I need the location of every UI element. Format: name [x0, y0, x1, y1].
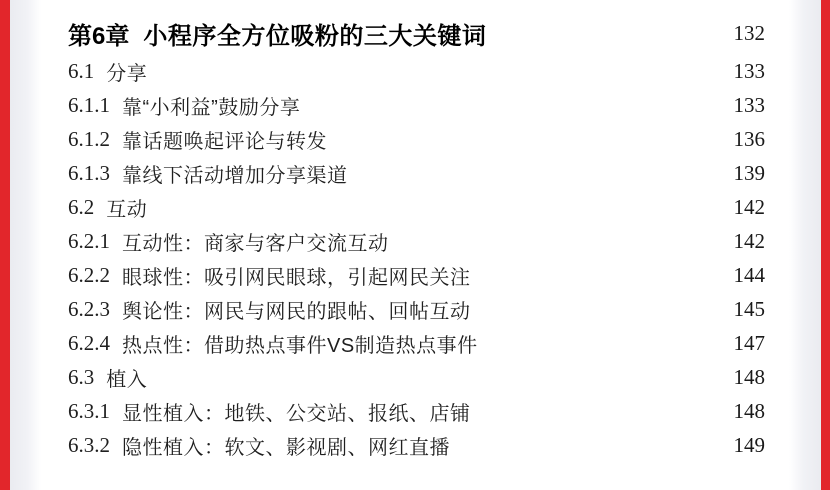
entry-page-number: 148: [734, 365, 766, 390]
entry-number: 6.1.3: [68, 161, 110, 186]
toc-entry: 6.2 互动 142: [68, 190, 765, 224]
toc-entry: 6.2.3 舆论性：网民与网民的跟帖、回帖互动 145: [68, 292, 765, 326]
entry-number: 6.2.2: [68, 263, 110, 288]
entry-number: 6.1.1: [68, 93, 110, 118]
entry-title: 热点性：借助热点事件VS制造热点事件: [122, 329, 478, 358]
entry-page-number: 142: [734, 195, 766, 220]
toc-entry: 6.3.1 显性植入：地铁、公交站、报纸、店铺 148: [68, 394, 765, 428]
entry-page-number: 144: [734, 263, 766, 288]
entry-page-number: 149: [734, 433, 766, 458]
entry-title: 靠话题唤起评论与转发: [122, 125, 327, 154]
entry-title: 互动: [106, 193, 147, 222]
entry-number: 6.3: [68, 365, 94, 390]
toc-entry: 6.3 植入 148: [68, 360, 765, 394]
entry-title: 植入: [106, 363, 147, 392]
left-red-border: [0, 0, 10, 490]
left-page-edge-shadow: [10, 0, 41, 490]
chapter-title: 小程序全方位吸粉的三大关键词: [143, 16, 486, 51]
entry-page-number: 142: [734, 229, 766, 254]
toc-entry: 6.2.2 眼球性：吸引网民眼球，引起网民关注 144: [68, 258, 765, 292]
entry-title: 隐性植入：软文、影视剧、网红直播: [122, 431, 450, 460]
toc-entry: 6.1.1 靠“小利益”鼓励分享 133: [68, 88, 765, 122]
right-page-edge-shadow: [789, 0, 821, 490]
toc-entry: 6.2.4 热点性：借助热点事件VS制造热点事件 147: [68, 326, 765, 360]
entry-page-number: 147: [734, 331, 766, 356]
chapter-number: 第6章: [68, 16, 129, 51]
entry-page-number: 136: [734, 127, 766, 152]
entry-title: 舆论性：网民与网民的跟帖、回帖互动: [122, 295, 471, 324]
right-red-border: [821, 0, 830, 490]
entry-number: 6.3.1: [68, 399, 110, 424]
entry-number: 6.2: [68, 195, 94, 220]
toc-entry: 6.1 分享 133: [68, 54, 765, 88]
entry-page-number: 133: [734, 59, 766, 84]
entry-number: 6.1.2: [68, 127, 110, 152]
entry-page-number: 145: [734, 297, 766, 322]
entry-title: 眼球性：吸引网民眼球，引起网民关注: [122, 261, 471, 290]
toc-entry: 6.2.1 互动性：商家与客户交流互动 142: [68, 224, 765, 258]
toc-entry: 6.1.3 靠线下活动增加分享渠道 139: [68, 156, 765, 190]
entry-title: 互动性：商家与客户交流互动: [122, 227, 389, 256]
entry-number: 6.2.1: [68, 229, 110, 254]
entry-number: 6.2.3: [68, 297, 110, 322]
entry-number: 6.1: [68, 59, 94, 84]
toc-entry: 6.1.2 靠话题唤起评论与转发 136: [68, 122, 765, 156]
entry-title: 靠线下活动增加分享渠道: [122, 159, 348, 188]
entry-title: 靠“小利益”鼓励分享: [122, 91, 300, 120]
entry-number: 6.3.2: [68, 433, 110, 458]
entry-number: 6.2.4: [68, 331, 110, 356]
entry-page-number: 148: [734, 399, 766, 424]
entry-page-number: 139: [734, 161, 766, 186]
entry-title: 分享: [106, 57, 147, 86]
book-toc-page: 第6章 小程序全方位吸粉的三大关键词 132 6.1 分享 133 6.1.1 …: [0, 0, 830, 490]
toc-content: 第6章 小程序全方位吸粉的三大关键词 132 6.1 分享 133 6.1.1 …: [41, 0, 789, 490]
entry-title: 显性植入：地铁、公交站、报纸、店铺: [122, 397, 471, 426]
chapter-heading-row: 第6章 小程序全方位吸粉的三大关键词 132: [68, 15, 765, 51]
chapter-page-number: 132: [734, 21, 766, 46]
toc-entry: 6.3.2 隐性植入：软文、影视剧、网红直播 149: [68, 428, 765, 462]
entry-page-number: 133: [734, 93, 766, 118]
